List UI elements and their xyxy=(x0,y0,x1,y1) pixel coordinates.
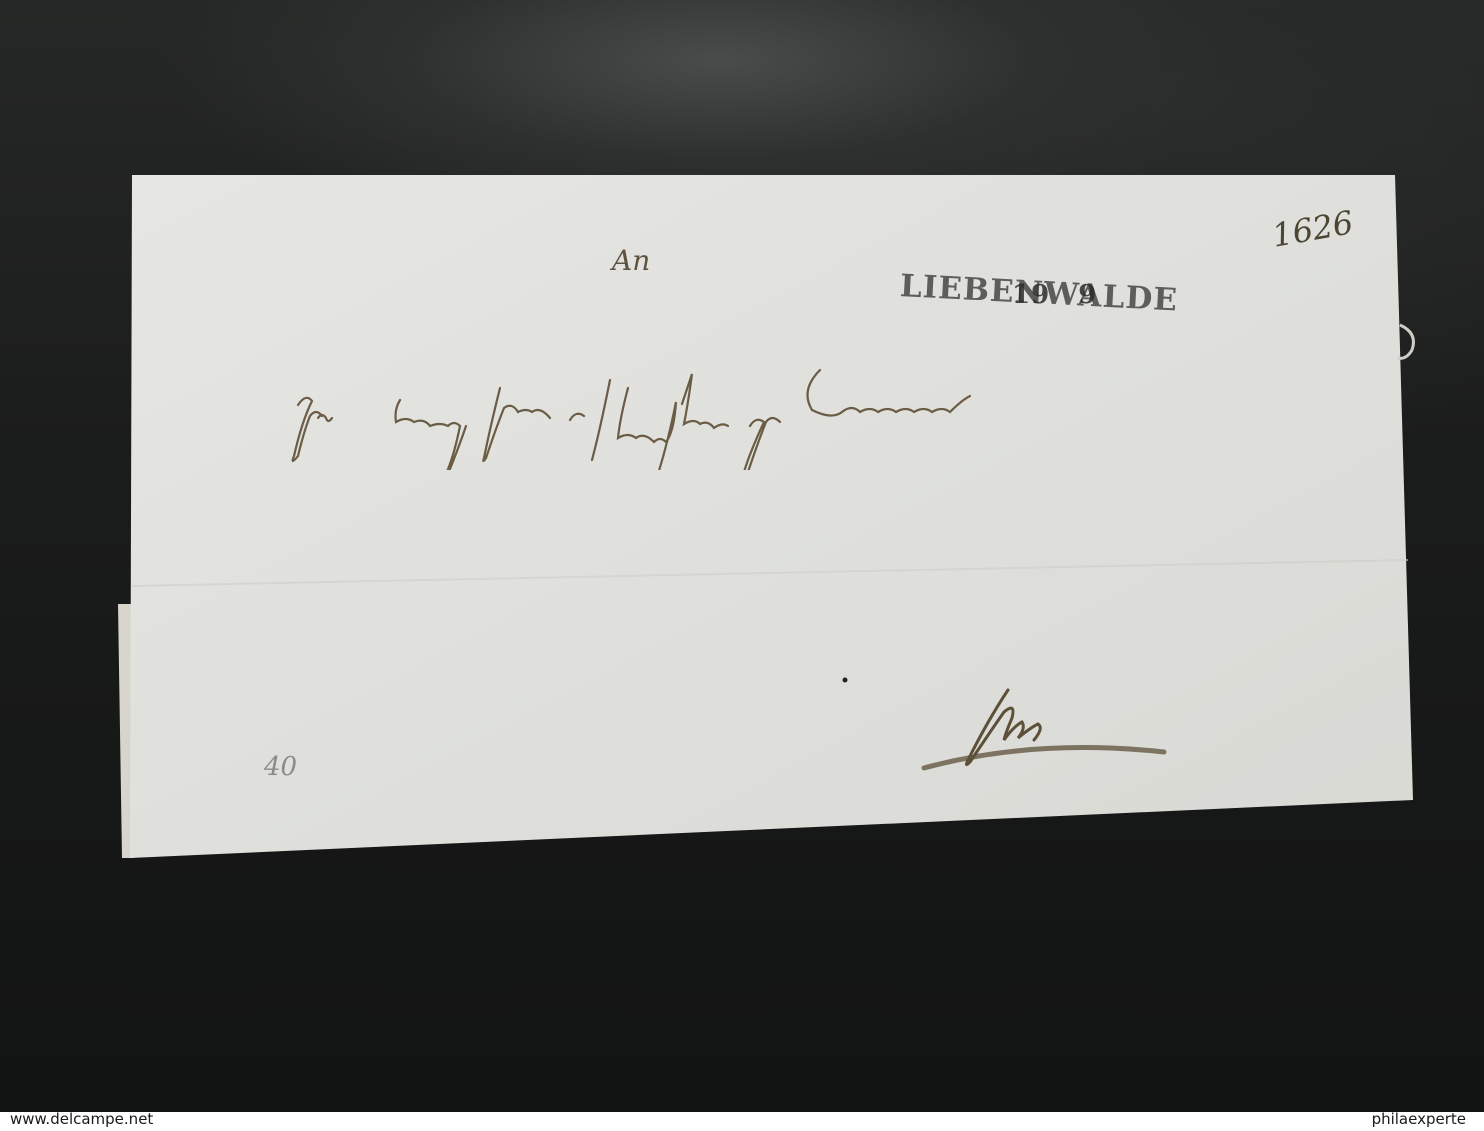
handwritten-salutation: An xyxy=(612,244,650,277)
handwritten-address: die Königliche Hochlöbliche Domainenamt xyxy=(280,360,1400,470)
watermark-philaexperte: philaexperte xyxy=(1372,1110,1466,1128)
watermark-bar: www.delcampe.net philaexperte xyxy=(0,1112,1484,1131)
letter-cover xyxy=(0,0,1484,1112)
handwritten-destination: hier xyxy=(920,680,1180,780)
watermark-delcampe: www.delcampe.net xyxy=(10,1110,153,1128)
pencil-note: 40 xyxy=(264,752,297,782)
postmark-date: 19 9 xyxy=(1012,280,1097,310)
